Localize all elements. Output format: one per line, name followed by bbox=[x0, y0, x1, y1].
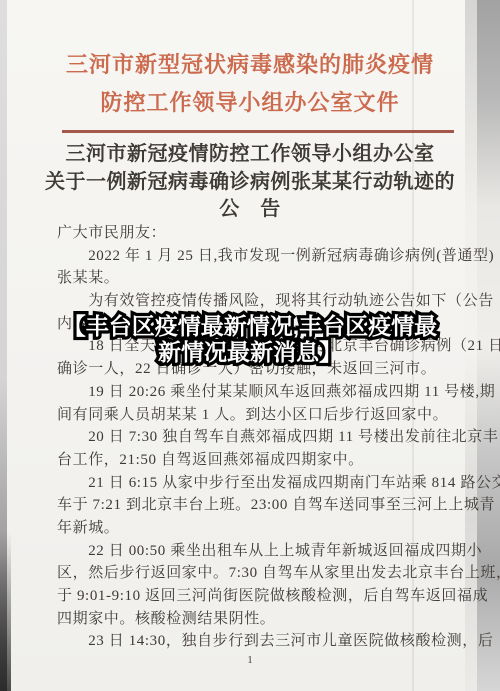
doc-line: 23 日 14:30，独自步行到去三河市儿童医院做核酸检测，后 bbox=[57, 630, 459, 653]
document-body: 广大市民朋友： 2022 年 1 月 25 日,我市发现一例新冠病毒确诊病例(普… bbox=[57, 222, 459, 653]
doc-line: 四期家中。核酸检测结果阴性。 bbox=[57, 608, 459, 631]
document-title-line-1: 三河市新冠疫情防控工作领导小组办公室 bbox=[30, 141, 470, 169]
doc-line: 为有效管控疫情传播风险，现将其行动轨迹公告如下（公告 bbox=[57, 290, 459, 313]
page-number: 1 bbox=[0, 654, 500, 666]
caption-line-2: 新情况最新消息】 bbox=[0, 340, 500, 366]
caption-line-1: 【丰台区疫情最新情况,丰台区疫情最 bbox=[0, 314, 500, 340]
caption-overlay: 【丰台区疫情最新情况,丰台区疫情最 新情况最新消息】 bbox=[0, 314, 500, 365]
document-title: 三河市新冠疫情防控工作领导小组办公室 关于一例新冠病毒确诊病例张某某行动轨迹的 … bbox=[30, 141, 470, 224]
doc-line: 张某某。 bbox=[57, 267, 459, 290]
doc-line: 2022 年 1 月 25 日,我市发现一例新冠病毒确诊病例(普通型) bbox=[57, 245, 459, 268]
doc-line: 间有同乘人员胡某某 1 人。到达小区口后步行返回家中。 bbox=[57, 404, 459, 427]
document-title-line-3: 公 告 bbox=[30, 196, 470, 224]
letterhead-line-1: 三河市新型冠状病毒感染的肺炎疫情 bbox=[50, 46, 450, 84]
letterhead-divider bbox=[62, 130, 454, 133]
document-photo: 三河市新型冠状病毒感染的肺炎疫情 防控工作领导小组办公室文件 三河市新冠疫情防控… bbox=[0, 0, 500, 691]
photo-corner-shadow bbox=[0, 531, 11, 691]
doc-line: 区，然后步行返回家中。7:30 自驾车从家里出发去北京丰台上班， bbox=[57, 562, 459, 585]
doc-line: 年新城。 bbox=[57, 517, 459, 540]
doc-line: 20 日 7:30 独自驾车自燕郊福成四期 11 号楼出发前往北京丰 bbox=[57, 426, 459, 449]
doc-line: 车于 7:21 到北京丰台上班。23:00 自驾车送同事至三河上上城青 bbox=[57, 494, 459, 517]
letterhead-line-2: 防控工作领导小组办公室文件 bbox=[50, 84, 450, 122]
doc-line: 22 日 00:50 乘坐出租车从上上城青年新城返回福成四期小 bbox=[57, 540, 459, 563]
document-title-line-2: 关于一例新冠病毒确诊病例张某某行动轨迹的 bbox=[30, 169, 470, 197]
doc-line: 台工作，21:50 自驾返回燕郊福成四期家中。 bbox=[57, 449, 459, 472]
doc-line: 21 日 6:15 从家中步行至出发福成四期南门车站乘 814 路公交 bbox=[57, 472, 459, 495]
doc-line: 广大市民朋友： bbox=[57, 222, 459, 245]
doc-line: 19 日 20:26 乘坐付某某顺风车返回燕郊福成四期 11 号楼,期 bbox=[57, 381, 459, 404]
doc-line: 于 9:01-9:10 返回三河尚街医院做核酸检测，后自驾车返回福成 bbox=[57, 585, 459, 608]
letterhead: 三河市新型冠状病毒感染的肺炎疫情 防控工作领导小组办公室文件 bbox=[50, 46, 450, 122]
